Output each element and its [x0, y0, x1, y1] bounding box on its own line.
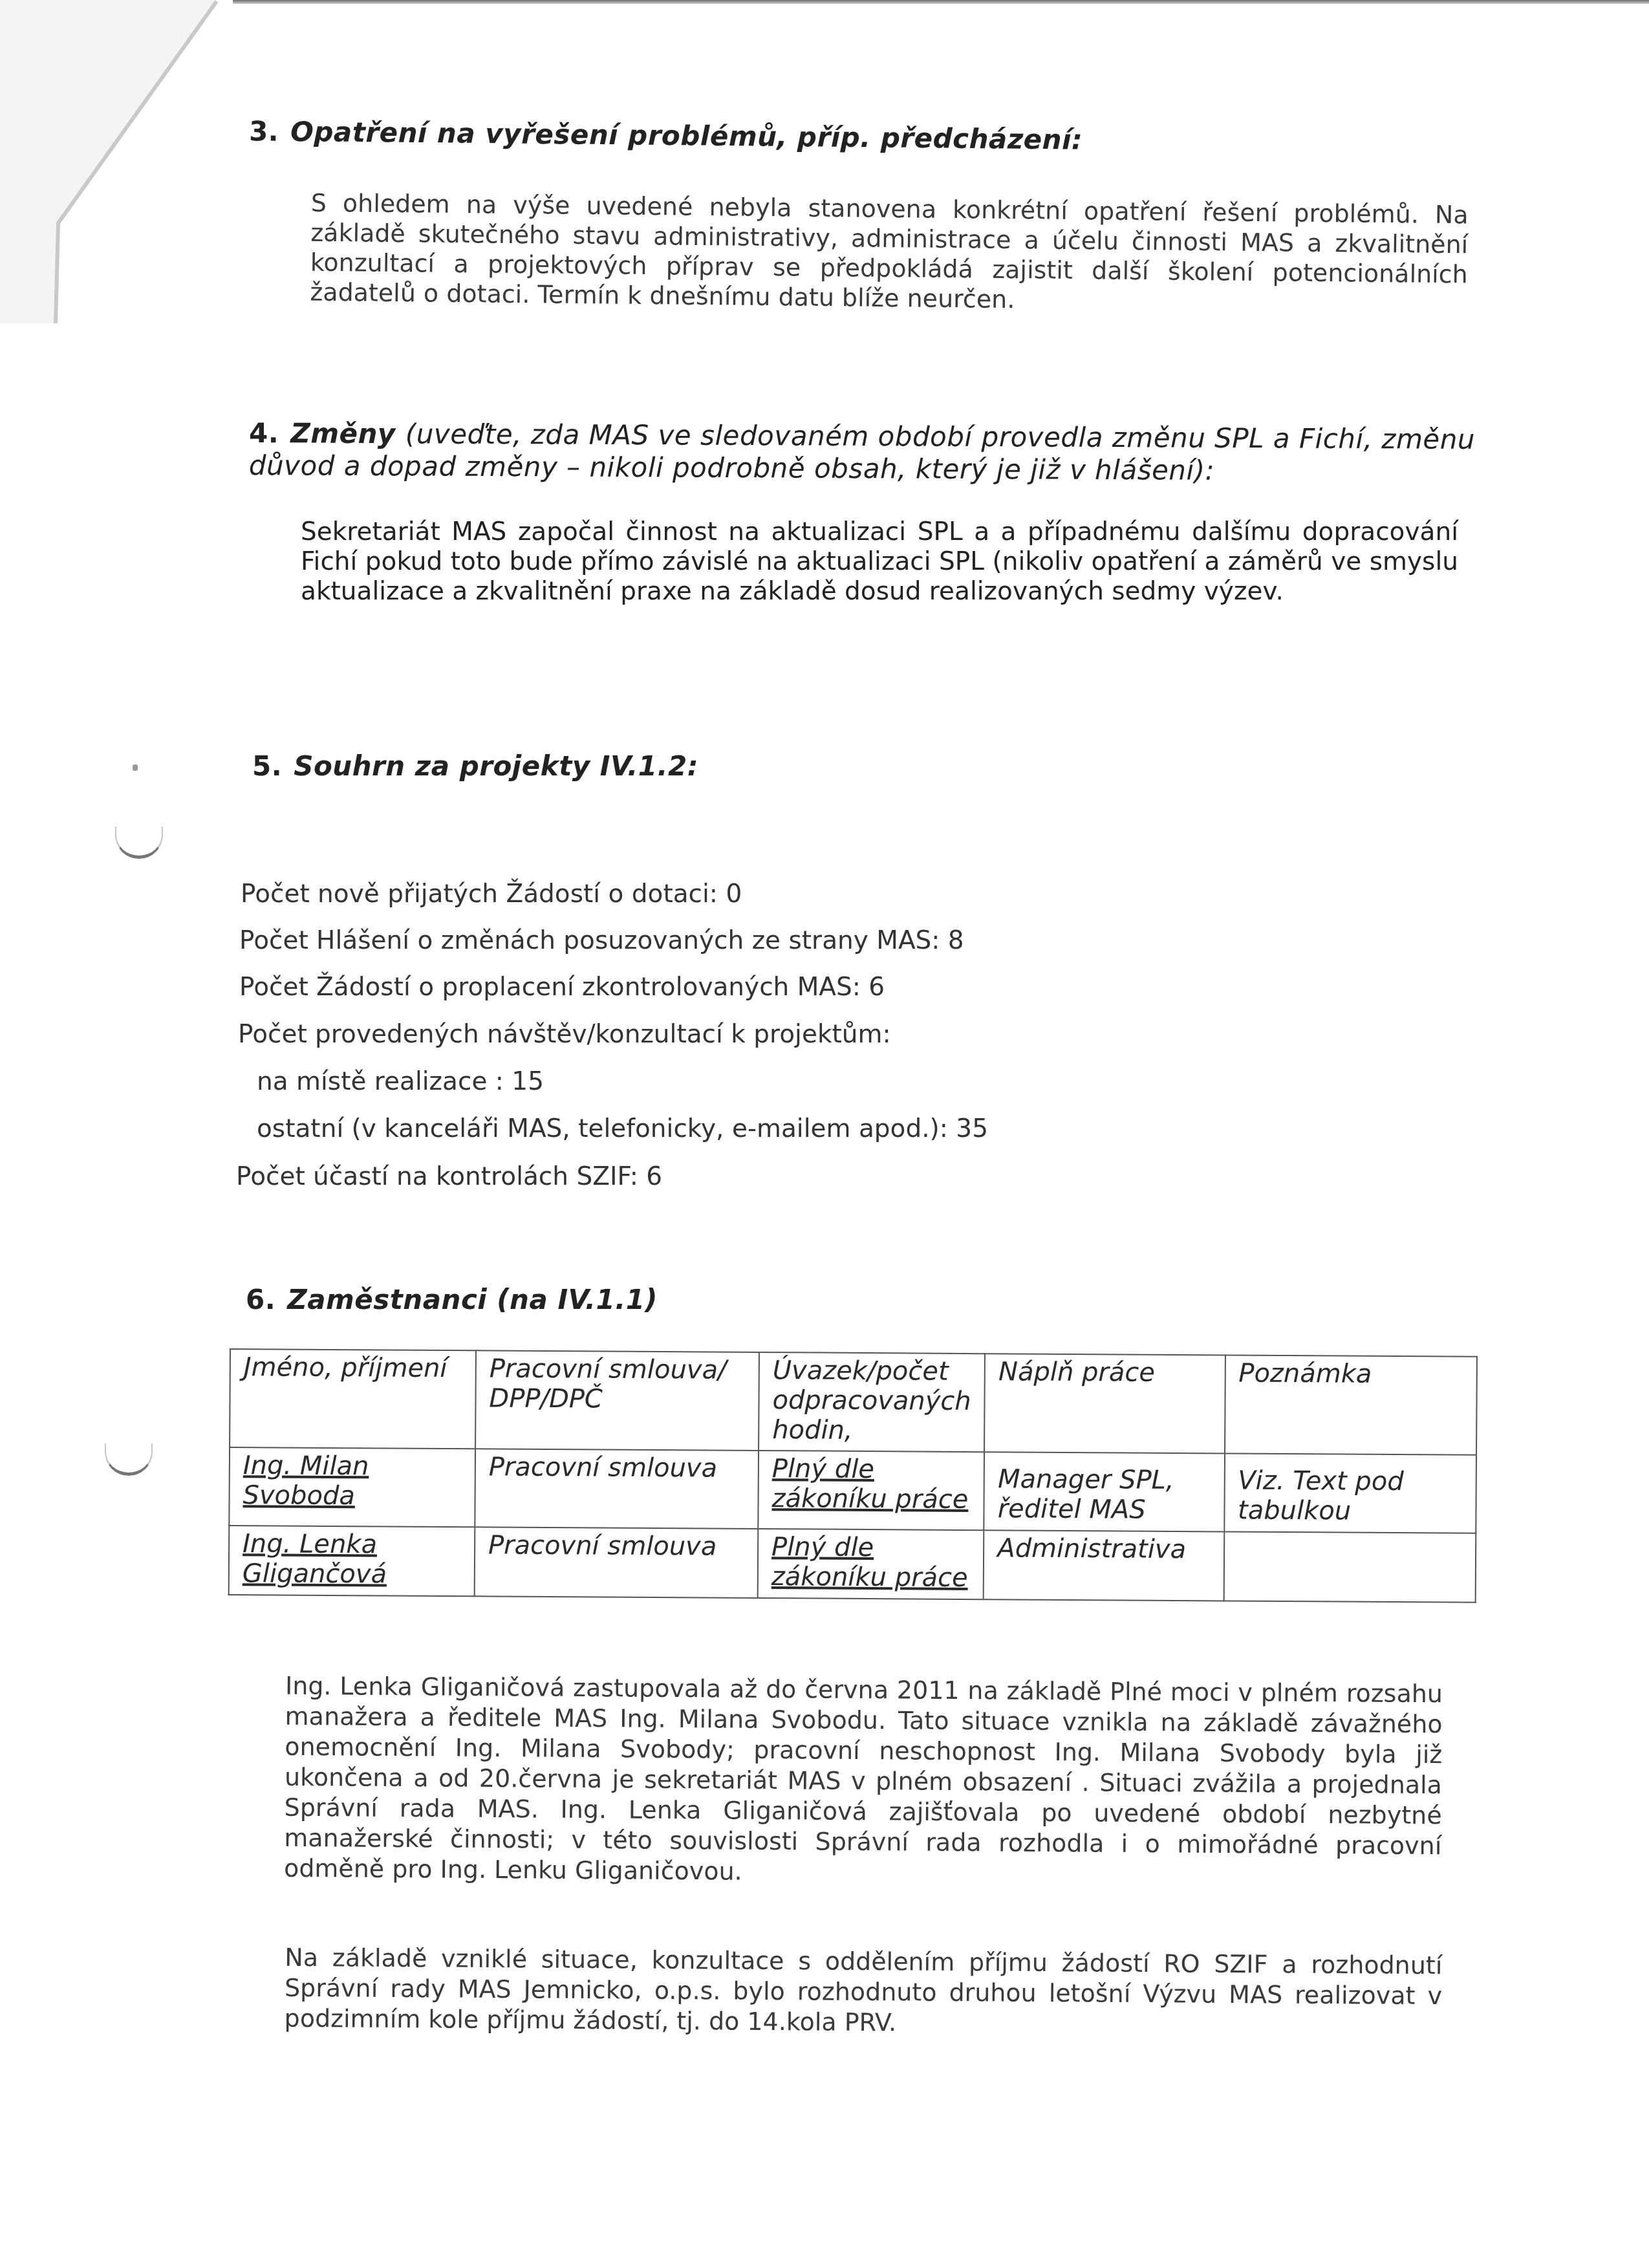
scanned-page: 3.Opatření na vyřešení problémů, příp. p…: [0, 0, 1649, 2268]
employees-note-paragraph: Ing. Lenka Gliganičová zastupovala až do…: [284, 1671, 1443, 1892]
cell-job-description: Administrativa: [984, 1530, 1224, 1601]
section-4-body: Sekretariát MAS započal činnost na aktua…: [301, 517, 1458, 607]
cell-contract: Pracovní smlouva: [475, 1449, 759, 1529]
section-title: Souhrn za projekty IV.1.2:: [294, 750, 698, 782]
cell-note: [1223, 1531, 1476, 1602]
scan-top-edge: [233, 0, 1649, 4]
header-note: Poznámka: [1225, 1355, 1477, 1454]
section-number: 5.: [252, 750, 282, 782]
section-number: 4.: [249, 417, 279, 449]
cell-workload: Plný dle zákoníku práce: [758, 1451, 984, 1530]
table-row: Ing. Lenka Gligančová Pracovní smlouva P…: [229, 1526, 1476, 1603]
table-row: Ing. Milan Svoboda Pracovní smlouva Plný…: [229, 1447, 1476, 1533]
section-subtitle: (uveďte, zda MAS ve sledovaném období pr…: [249, 418, 1475, 486]
scan-speck: [133, 764, 138, 771]
section-3-body: S ohledem na výše uvedené nebyla stanove…: [310, 188, 1469, 319]
section-number: 6.: [246, 1284, 275, 1315]
call-timing-paragraph: Na základě vzniklé situace, konzultace s…: [285, 1943, 1443, 2042]
cell-name: Ing. Milan Svoboda: [229, 1447, 475, 1527]
header-workload: Úvazek/počet odpracovaných hodin,: [759, 1352, 985, 1452]
section-title: Změny: [290, 417, 396, 449]
section-6-heading: 6.Zaměstnanci (na IV.1.1): [246, 1284, 658, 1315]
header-job-description: Náplň práce: [984, 1354, 1225, 1453]
section-4-heading: 4.Změny (uveďte, zda MAS ve sledovaném o…: [249, 417, 1478, 488]
summary-other-consultations: ostatní (v kanceláři MAS, telefonicky, e…: [257, 1114, 988, 1143]
summary-change-reports: Počet Hlášení o změnách posuzovaných ze …: [239, 926, 964, 955]
summary-visits-heading: Počet provedených návštěv/konzultací k p…: [238, 1020, 891, 1049]
header-contract: Pracovní smlouva/ DPP/DPČ: [475, 1350, 759, 1451]
header-name: Jméno, příjmení: [230, 1349, 476, 1449]
section-title: Zaměstnanci (na IV.1.1): [287, 1284, 658, 1315]
punch-hole: [115, 826, 163, 859]
table-header-row: Jméno, příjmení Pracovní smlouva/ DPP/DP…: [230, 1349, 1477, 1455]
summary-onsite-visits: na místě realizace : 15: [257, 1067, 544, 1096]
cell-workload: Plný dle zákoníku práce: [758, 1529, 984, 1599]
section-5-heading: 5.Souhrn za projekty IV.1.2:: [252, 750, 698, 782]
cell-contract: Pracovní smlouva: [475, 1527, 759, 1598]
summary-szif-inspections: Počet účastí na kontrolách SZIF: 6: [236, 1162, 662, 1191]
summary-payment-requests: Počet Žádostí o proplacení zkontrolovaný…: [239, 973, 885, 1002]
cell-name: Ing. Lenka Gligančová: [229, 1526, 475, 1596]
employees-table: Jméno, příjmení Pracovní smlouva/ DPP/DP…: [228, 1348, 1478, 1603]
section-number: 3.: [249, 115, 279, 147]
punch-hole: [105, 1443, 153, 1476]
folded-corner: [0, 0, 220, 323]
cell-note: Viz. Text pod tabulkou: [1224, 1453, 1476, 1533]
section-title: Opatření na vyřešení problémů, příp. pře…: [290, 116, 1083, 156]
section-3-heading: 3.Opatření na vyřešení problémů, příp. p…: [249, 115, 1083, 155]
summary-new-applications: Počet nově přijatých Žádostí o dotaci: 0: [241, 880, 742, 909]
cell-job-description: Manager SPL, ředitel MAS: [984, 1452, 1225, 1531]
